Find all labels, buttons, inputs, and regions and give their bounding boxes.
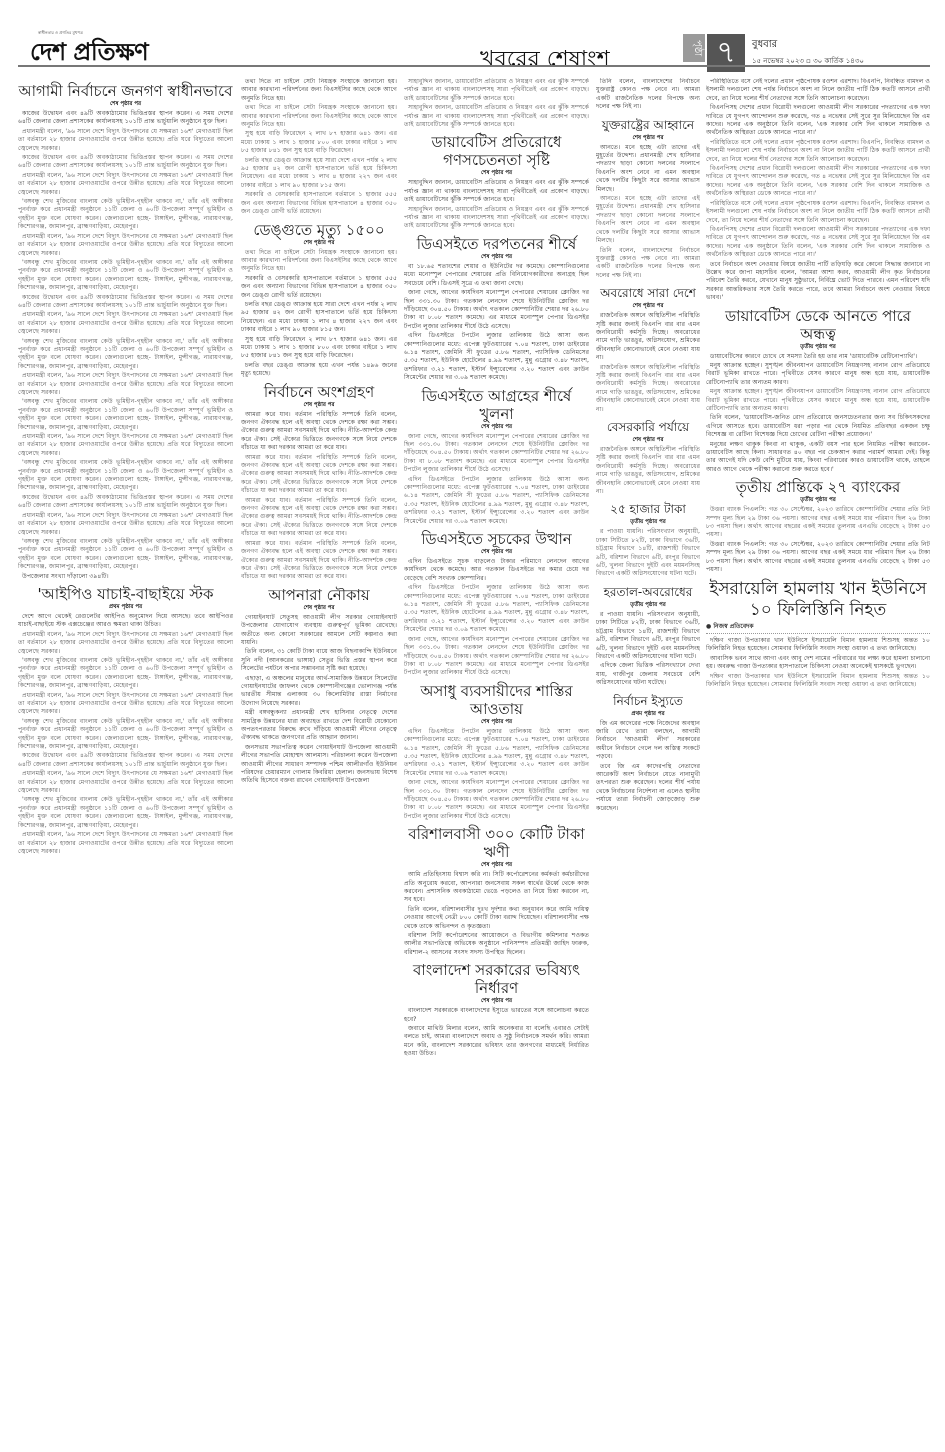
article[interactable]: নির্বাচনে অংশগ্রহণ শেষ পৃষ্ঠার পর আমরা ক…	[241, 383, 397, 582]
article-kicker: শেষ পৃষ্ঠার পর	[241, 605, 397, 612]
article-paragraph: কাজের উদ্বোধন এবং ৪৯টি অবকাঠামোর ভিত্তিপ…	[18, 294, 233, 311]
article[interactable]: বাংলাদেশ সরকারের ভবিষ্যৎ নির্ধারণ শেষ পৃ…	[404, 961, 589, 1058]
article-paragraph: এদিন ডিএসইতে টপটেন লুজার তালিকায় উঠে আস…	[404, 728, 589, 778]
article-kicker: শেষ পৃষ্ঠার পর	[241, 402, 397, 409]
article-paragraph: এছাড়া, এ অঞ্চলের মানুষের আর্থ-সামাজিক উ…	[241, 675, 397, 709]
article-headline[interactable]: নির্বাচন ইস্যুতে	[596, 692, 700, 710]
article-paragraph: 'বঙ্গবন্ধু শেখ মুজিবের বাংলায় কেউ ভূমিহ…	[18, 657, 233, 691]
article-paragraph: আবাসিক ভবন সাথে আগা এবং আবু দেশ নামের পর…	[706, 655, 930, 672]
article-paragraph: সুস্থ হয়ে বাড়ি ফিরেছেন ২ লাখ ৮৭ হাজার …	[241, 130, 397, 155]
article-paragraph: কাজের উদ্বোধন এবং ৪৯টি অবকাঠামোর ভিত্তিপ…	[18, 752, 233, 769]
article-paragraph: তিনি বলেন, বাংলাদেশের নির্বাচনে যুক্তরাষ…	[596, 78, 700, 112]
article-paragraph: জানা গেছে, আগের কার্যদিবস মনোস্পুল পেপার…	[404, 433, 589, 475]
article[interactable]: বরিশালবাসী ৩০০ কোটি টাকা ঋণী শেষ পৃষ্ঠার…	[404, 825, 589, 957]
article-kicker: প্রথম পৃষ্ঠার পর	[18, 604, 233, 611]
masthead-rule	[18, 65, 930, 67]
article-headline[interactable]: আপনারা নৌকায়	[241, 586, 397, 604]
article-paragraph: মন্ত্রী বঙ্গবন্ধুকন্যা প্রধানমন্ত্রী শেখ…	[241, 709, 397, 743]
article-paragraph: 'বঙ্গবন্ধু শেখ মুজিবের বাংলায় কেউ ভূমিহ…	[18, 398, 233, 432]
article-paragraph: পরিস্থিতিতে বসে নেই দলের প্রধান পৃষ্ঠপোষ…	[706, 139, 930, 164]
article-paragraph: জনসভায় সভাপতিত্ব করেন গোয়াইনঘাট উপজেলা…	[241, 744, 397, 786]
article-paragraph: এদিন ডিএসইতে টপটেন লুজার তালিকায় উঠে আস…	[404, 332, 589, 382]
article-headline[interactable]: ডিএসইতে সূচকের উত্থান	[404, 530, 589, 548]
newspaper-logo[interactable]: দেশ প্রতিক্ষণ	[30, 34, 148, 74]
article-paragraph: দক্ষিণ গাজা উপত্যকার খান ইউনিসে ইসরায়েল…	[706, 637, 930, 654]
article-paragraph: তিনি বলেন, ৩১ কোটি টাকা ব্যয়ে আজ বিছনাক…	[241, 648, 397, 673]
article-paragraph: প্রধানমন্ত্রী বলেন, '৯৬ সালে দেশে বিদ্যু…	[18, 433, 233, 458]
article-paragraph: জবাবে মাথিউ মিলার বলেন, আমি অনেকবার যা ব…	[404, 1025, 589, 1059]
article-kicker: শেষ পৃষ্ঠার পর	[404, 998, 589, 1005]
article[interactable]: ডায়াবেটিস প্রতিরোধে গণসচেতনতা সৃষ্টি শে…	[404, 133, 589, 230]
article-headline[interactable]: বরিশালবাসী ৩০০ কোটি টাকা ঋণী	[404, 825, 589, 861]
article-paragraph: 'বঙ্গবন্ধু শেখ মুজিবের বাংলায় কেউ ভূমিহ…	[18, 338, 233, 372]
article-paragraph: প্রধানমন্ত্রী বলেন, '৯৬ সালে দেশে বিদ্যু…	[18, 128, 233, 153]
article-paragraph: মনুষ আক্রান্ত হচ্ছেন। সুশৃঙ্খল জীবনযাপন …	[706, 362, 930, 387]
article-headline[interactable]: ২৫ হাজার টাকা	[596, 500, 700, 518]
article-paragraph: 'বঙ্গবন্ধু শেখ মুজিবের বাংলায় কেউ ভূমিহ…	[18, 718, 233, 752]
article-paragraph: পরিস্থিতিতে বসে নেই দলের প্রধান পৃষ্ঠপোষ…	[706, 200, 930, 225]
article-paragraph: প্রধানমন্ত্রী বলেন, '৯৬ সালে দেশে বিদ্যু…	[18, 831, 233, 856]
article-headline[interactable]: আগামী নির্বাচনে জনগণ স্বাধীনভাবে	[18, 82, 233, 100]
article[interactable]: ডায়াবেটিস ডেকে আনতে পারে অন্ধত্ব তৃতীয়…	[706, 307, 930, 475]
article-paragraph: বা ১৮.৬৫ শতাংশের শেয়ার ও ইউনিটের দর কমে…	[404, 263, 589, 288]
article-paragraph: 'বঙ্গবন্ধু শেখ মুজিবের বাংলায় কেউ ভূমিহ…	[18, 259, 233, 293]
article[interactable]: ২৫ হাজার টাকা তৃতীয় পৃষ্ঠার পর র পাওয়া…	[596, 500, 700, 578]
article-paragraph: তথ্য দিতে না চাইলে সেটা নিয়ন্ত্রক সংস্থ…	[241, 104, 397, 129]
article-paragraph: সাহাবুদ্দিন জানান, ডায়াবেটিস প্রতিরোধ ও…	[404, 104, 589, 129]
article-paragraph: তবে জি এম কাদেরপন্থি নেতাদের আরেকটি অংশ …	[596, 763, 700, 813]
article-paragraph: বিএনপিসহ দেশের প্রধান বিরোধী দলগুলো আওয়…	[706, 165, 930, 199]
column-2: তথ্য দিতে না চাইলে সেটা নিয়ন্ত্রক সংস্থ…	[241, 78, 397, 1438]
article-paragraph: কাজের উদ্বোধন এবং ৪৯টি অবকাঠামোর ভিত্তিপ…	[18, 154, 233, 171]
article-paragraph: 'বঙ্গবন্ধু শেখ মুজিবের বাংলায় কেউ ভূমিহ…	[18, 796, 233, 830]
article-headline[interactable]: বেসরকারি পর্যায়ে	[596, 418, 700, 436]
article-paragraph: এদিন ডিএসইতে সূচক বাড়লেও টাকার পরিমাণে …	[404, 558, 589, 583]
article-paragraph: প্রধানমন্ত্রী বলেন, '৯৬ সালে দেশে বিদ্যু…	[18, 372, 233, 397]
article-headline[interactable]: নির্বাচনে অংশগ্রহণ	[241, 383, 397, 401]
article-paragraph: আনতে। মনে হচ্ছে এটা তাদের এই মুহূর্তের উ…	[596, 144, 700, 194]
article[interactable]: যুক্তরাষ্ট্রের আহ্বানে শেষ পৃষ্ঠার পর আন…	[596, 116, 700, 281]
masthead: স্বাধীনতার ও প্রগতির মুখপত্র দেশ প্রতিক্…	[0, 0, 945, 62]
article-paragraph: কাজের উদ্বোধন এবং ৪৯টি অবকাঠামোর ভিত্তিপ…	[18, 110, 233, 127]
article-paragraph: জানা গেছে, আগের কার্যদিবস মনোস্পুল পেপার…	[404, 289, 589, 331]
article-headline[interactable]: ডেঙ্গুতে মৃত্যু ১৫০০	[241, 221, 397, 239]
article-paragraph: প্রধানমন্ত্রী বলেন, '৯৬ সালে দেশে বিদ্যু…	[18, 311, 233, 336]
article-paragraph: তথ্য দিতে না চাইলে সেটা নিয়ন্ত্রক সংস্থ…	[241, 249, 397, 274]
article-headline[interactable]: ডিএসইতে আগ্রহের শীর্ষে খুলনা	[404, 387, 589, 423]
article-headline[interactable]: ডিএসইতে দরপতনের শীর্ষে	[404, 235, 589, 253]
article[interactable]: ডেঙ্গুতে মৃত্যু ১৫০০ শেষ পৃষ্ঠার পর তথ্য…	[241, 221, 397, 379]
article-headline[interactable]: ইসরায়েলি হামলায় খান ইউনিসে ১০ ফিলিস্তি…	[706, 579, 930, 621]
article-paragraph: জানা গেছে, আগের কার্যদিবস মনোস্পুল পেপার…	[404, 779, 589, 821]
article-paragraph: চলতি বছর ডেঙ্গু আক্রান্ত হয়ে সারা দেশে …	[241, 301, 397, 335]
article-paragraph: দক্ষিণ গাজা উপত্যকার খান ইউনিসে ইসরায়েল…	[706, 673, 930, 690]
article-kicker: শেষ পৃষ্ঠার পর	[404, 254, 589, 261]
page-label: পৃষ্ঠা	[683, 34, 705, 62]
article-paragraph: সাহাবুদ্দিন জানান, ডায়াবেটিস প্রতিরোধ ও…	[404, 206, 589, 231]
article-kicker: তৃতীয় পৃষ্ঠার পর	[596, 519, 700, 526]
article-paragraph: র পাওয়া যায়নি। পরিসংখ্যান অনুযায়ী, ঢা…	[596, 611, 700, 661]
article[interactable]: হরতাল-অবরোধের তৃতীয় পৃষ্ঠার পর র পাওয়া…	[596, 583, 700, 688]
article-kicker: প্রথম পৃষ্ঠার পর	[596, 711, 700, 718]
article-kicker: শেষ পৃষ্ঠার পর	[18, 101, 233, 108]
article-paragraph: বরিশাল সিটি কর্পোরেশনের আয়োজনে ও বিভাগী…	[404, 932, 589, 957]
article-paragraph: বিএনপিসহ দেশের প্রধান বিরোধী দলগুলো আওয়…	[706, 104, 930, 138]
article-paragraph: এদিন ডিএসইতে টপটেন লুজার তালিকায় উঠে আস…	[404, 584, 589, 634]
article[interactable]: ইসরায়েলি হামলায় খান ইউনিসে ১০ ফিলিস্তি…	[706, 579, 930, 690]
article-kicker: তৃতীয় পৃষ্ঠার পর	[706, 344, 930, 351]
article-kicker: তৃতীয় পৃষ্ঠার পর	[706, 497, 930, 504]
article-kicker: তৃতীয় পৃষ্ঠার পর	[596, 602, 700, 609]
article-paragraph: ডায়াবেটিসের কারণে চোখে যে সমস্যা তৈরি হ…	[706, 353, 930, 361]
article[interactable]: তৃতীয় প্রান্তিকে ২৭ ব্যাংকের তৃতীয় পৃষ…	[706, 478, 930, 574]
article-paragraph: রাজনৈতিক অঙ্গনে অস্থিতিশীল পরিস্থিতি সৃষ…	[596, 446, 700, 496]
article-paragraph: বিএনপিসহ দেশের প্রধান বিরোধী দলগুলো আওয়…	[706, 226, 930, 260]
article-paragraph: তিনি বলেন, বাংলাদেশের নির্বাচনে যুক্তরাষ…	[596, 247, 700, 281]
article-paragraph: প্রধানমন্ত্রী বলেন, '৯৬ সালে দেশে বিদ্যু…	[18, 631, 233, 656]
article-paragraph: তিনি বলেন, 'ডায়াবেটিস-জনিত রোগ প্রতিরোধ…	[706, 414, 930, 439]
article-paragraph: 'বঙ্গবন্ধু শেখ মুজিবের বাংলায় কেউ ভূমিহ…	[18, 198, 233, 232]
article-paragraph: জানা গেছে, আগের কার্যদিবস মনোস্পুল পেপার…	[404, 636, 589, 678]
article-headline[interactable]: অবরোধে সারা দেশে	[596, 284, 700, 302]
article-paragraph: আমরা করে যাব। বর্তমান পরিস্থিতি সম্পর্কে…	[241, 497, 397, 539]
article-paragraph: সাহাবুদ্দিন জানান, ডায়াবেটিস প্রতিরোধ ও…	[404, 179, 589, 204]
article-headline[interactable]: তৃতীয় প্রান্তিকে ২৭ ব্যাংকের	[706, 478, 930, 496]
article-paragraph: আমরা করে যাব। বর্তমান পরিস্থিতি সম্পর্কে…	[241, 411, 397, 453]
article-paragraph: চলতি বছর ডেঙ্গু আক্রান্ত হয়ে এখন পর্যন্…	[241, 362, 397, 379]
column-3: সাহাবুদ্দিন জানান, ডায়াবেটিস প্রতিরোধ ও…	[404, 78, 589, 1438]
article-paragraph: কাজের উদ্বোধন এবং ৪৯টি অবকাঠামোর ভিত্তিপ…	[18, 494, 233, 511]
article-paragraph: প্রধানমন্ত্রী বলেন, '৯৬ সালে দেশে বিদ্যু…	[18, 770, 233, 795]
article[interactable]: আগামী নির্বাচনে জনগণ স্বাধীনভাবে শেষ পৃষ…	[18, 82, 233, 581]
article[interactable]: ডিএসইতে দরপতনের শীর্ষে শেষ পৃষ্ঠার পর বা…	[404, 235, 589, 383]
article-paragraph: জি এম কাদেরের পক্ষে নিজেদের অবস্থান জারি…	[596, 720, 700, 762]
article[interactable]: পরিস্থিতিতে বসে নেই দলের প্রধান পৃষ্ঠপোষ…	[706, 78, 930, 303]
article-paragraph: প্রধানমন্ত্রী বলেন, '৯৬ সালে দেশে বিদ্যু…	[18, 692, 233, 717]
article-kicker: শেষ পৃষ্ঠার পর	[404, 170, 589, 177]
article-kicker: শেষ পৃষ্ঠার পর	[404, 719, 589, 726]
article-paragraph: রাজনৈতিক অঙ্গনে অস্থিতিশীল পরিস্থিতি সৃষ…	[596, 364, 700, 414]
article[interactable]: অবরোধে সারা দেশে শেষ পৃষ্ঠার পর রাজনৈতিক…	[596, 284, 700, 414]
article-paragraph: আমি প্রতিহিংসায় বিশ্বাস করি না। সিটি কর…	[404, 871, 589, 905]
article-paragraph: আমরা করে যাব। বর্তমান পরিস্থিতি সম্পর্কে…	[241, 540, 397, 582]
article[interactable]: ডিএসইতে আগ্রহের শীর্ষে খুলনা শেষ পৃষ্ঠার…	[404, 387, 589, 526]
article-paragraph: দেশে আগে থেকেই রেগুলেটর আইপিও অনুমোদন দি…	[18, 613, 233, 630]
article-byline: ● নিজস্ব প্রতিবেদক	[706, 623, 930, 631]
article-kicker: শেষ পৃষ্ঠার পর	[404, 424, 589, 431]
article-paragraph: চলতি বছর ডেঙ্গু আক্রান্ত হয়ে সারা দেশে …	[241, 157, 397, 191]
article[interactable]: নির্বাচন ইস্যুতে প্রথম পৃষ্ঠার পর জি এম …	[596, 692, 700, 813]
article-paragraph: রাজনৈতিক অঙ্গনে অস্থিতিশীল পরিস্থিতি সৃষ…	[596, 312, 700, 362]
article-kicker: শেষ পৃষ্ঠার পর	[596, 437, 700, 444]
weekday: বুধবার	[752, 37, 777, 54]
article-kicker: শেষ পৃষ্ঠার পর	[596, 303, 700, 310]
article-headline[interactable]: হরতাল-অবরোধের	[596, 583, 700, 601]
column-4: তিনি বলেন, বাংলাদেশের নির্বাচনে যুক্তরাষ…	[596, 78, 700, 1438]
article[interactable]: অসাধু ব্যবসায়ীদের শাস্তির আওতায় শেষ পৃ…	[404, 682, 589, 821]
article-paragraph: গোয়াইনঘাট সেতুসহ আওয়ামী লীগ সরকার গোয়…	[241, 614, 397, 648]
article-paragraph: বাংলাদেশ সরকারকে বাংলাদেশের ইস্যুতে ভারত…	[404, 1007, 589, 1024]
article-paragraph: উত্তরা ব্যাংক পিএলসি: গত ৩০ সেপ্টেম্বর, …	[706, 541, 930, 575]
article-paragraph: 'বঙ্গবন্ধু শেখ মুজিবের বাংলায় কেউ ভূমিহ…	[18, 538, 233, 572]
article[interactable]: 'আইপিও যাচাই-বাছাইয়ে স্টক প্রথম পৃষ্ঠার…	[18, 585, 233, 856]
article-headline[interactable]: ডায়াবেটিস প্রতিরোধে গণসচেতনতা সৃষ্টি	[404, 133, 589, 169]
article-paragraph: সরকারি ও বেসরকারি হাসপাতালে বর্তমানে ১ হ…	[241, 191, 397, 216]
divider	[706, 633, 930, 634]
article-paragraph: তবে নির্বাচনে অংশ নেওয়ার বিষয়ে জাতীয় …	[706, 261, 930, 303]
article-paragraph: তথ্য দিতে না চাইলে সেটা নিয়ন্ত্রক সংস্থ…	[241, 78, 397, 103]
article-paragraph: প্রধানমন্ত্রী বলেন, '৯৬ সালে দেশে বিদ্যু…	[18, 512, 233, 537]
article-kicker: শেষ পৃষ্ঠার পর	[596, 135, 700, 142]
article-kicker: শেষ পৃষ্ঠার পর	[404, 549, 589, 556]
column-1: আগামী নির্বাচনে জনগণ স্বাধীনভাবে শেষ পৃষ…	[18, 78, 233, 1438]
article-paragraph: তিনি বলেন, বরিশালবাসীর দুঃখ দুর্দশার কথা…	[404, 906, 589, 931]
article-headline[interactable]: 'আইপিও যাচাই-বাছাইয়ে স্টক	[18, 585, 233, 603]
article-paragraph: র পাওয়া যায়নি। পরিসংখ্যান অনুযায়ী, ঢা…	[596, 528, 700, 578]
article-paragraph: উপজেলার সংখ্যা দাঁড়ালো ৩৯৪টি।	[18, 573, 233, 581]
article-paragraph: মনুষের লক্ষণ থাকুক কিংবা না থাকুক, একটি …	[706, 441, 930, 475]
article-paragraph: এদিন ডিএসইতে টপটেন লুজার তালিকায় উঠে আস…	[404, 476, 589, 526]
section-title: খবরের শেষাংশ	[480, 42, 610, 79]
article-paragraph: উত্তরা ব্যাংক পিএলসি: গত ৩০ সেপ্টেম্বর, …	[706, 506, 930, 540]
article-headline[interactable]: ডায়াবেটিস ডেকে আনতে পারে অন্ধত্ব	[706, 307, 930, 343]
article-paragraph: আনতে। মনে হচ্ছে এটা তাদের এই মুহূর্তের উ…	[596, 195, 700, 245]
article-kicker: শেষ পৃষ্ঠার পর	[241, 240, 397, 247]
article-paragraph: সরকারি ও বেসরকারি হাসপাতালে বর্তমানে ১ হ…	[241, 275, 397, 300]
article-paragraph: সুস্থ হয়ে বাড়ি ফিরেছেন ২ লাখ ৮৭ হাজার …	[241, 336, 397, 361]
article-paragraph: প্রধানমন্ত্রী বলেন, '৯৬ সালে দেশে বিদ্যু…	[18, 233, 233, 258]
article-paragraph: আমরা করে যাব। বর্তমান পরিস্থিতি সম্পর্কে…	[241, 454, 397, 496]
article-paragraph: 'বঙ্গবন্ধু শেখ মুজিবের বাংলায় কেউ ভূমিহ…	[18, 459, 233, 493]
article-paragraph: পরিস্থিতিতে বসে নেই দলের প্রধান পৃষ্ঠপোষ…	[706, 78, 930, 103]
article-headline[interactable]: বাংলাদেশ সরকারের ভবিষ্যৎ নির্ধারণ	[404, 961, 589, 997]
article-paragraph: সাহাবুদ্দিন জানান, ডায়াবেটিস প্রতিরোধ ও…	[404, 78, 589, 103]
article[interactable]: ডিএসইতে সূচকের উত্থান শেষ পৃষ্ঠার পর এদি…	[404, 530, 589, 678]
article-paragraph: এদিকে জেলা ভিত্তিক পরিসংখ্যানে দেখা যায়…	[596, 662, 700, 687]
article[interactable]: বেসরকারি পর্যায়ে শেষ পৃষ্ঠার পর রাজনৈতি…	[596, 418, 700, 496]
article-headline[interactable]: যুক্তরাষ্ট্রের আহ্বানে	[596, 116, 700, 134]
article[interactable]: আপনারা নৌকায় শেষ পৃষ্ঠার পর গোয়াইনঘাট …	[241, 586, 397, 786]
article-paragraph: প্রধানমন্ত্রী বলেন, '৯৬ সালে দেশে বিদ্যু…	[18, 172, 233, 197]
article[interactable]: তথ্য দিতে না চাইলে সেটা নিয়ন্ত্রক সংস্থ…	[241, 78, 397, 217]
article-paragraph: মনুষ আক্রান্ত হচ্ছেন। সুশৃঙ্খল জীবনযাপন …	[706, 388, 930, 413]
column-5: পরিস্থিতিতে বসে নেই দলের প্রধান পৃষ্ঠপোষ…	[706, 78, 930, 1438]
article-kicker: শেষ পৃষ্ঠার পর	[404, 862, 589, 869]
article-headline[interactable]: অসাধু ব্যবসায়ীদের শাস্তির আওতায়	[404, 682, 589, 718]
